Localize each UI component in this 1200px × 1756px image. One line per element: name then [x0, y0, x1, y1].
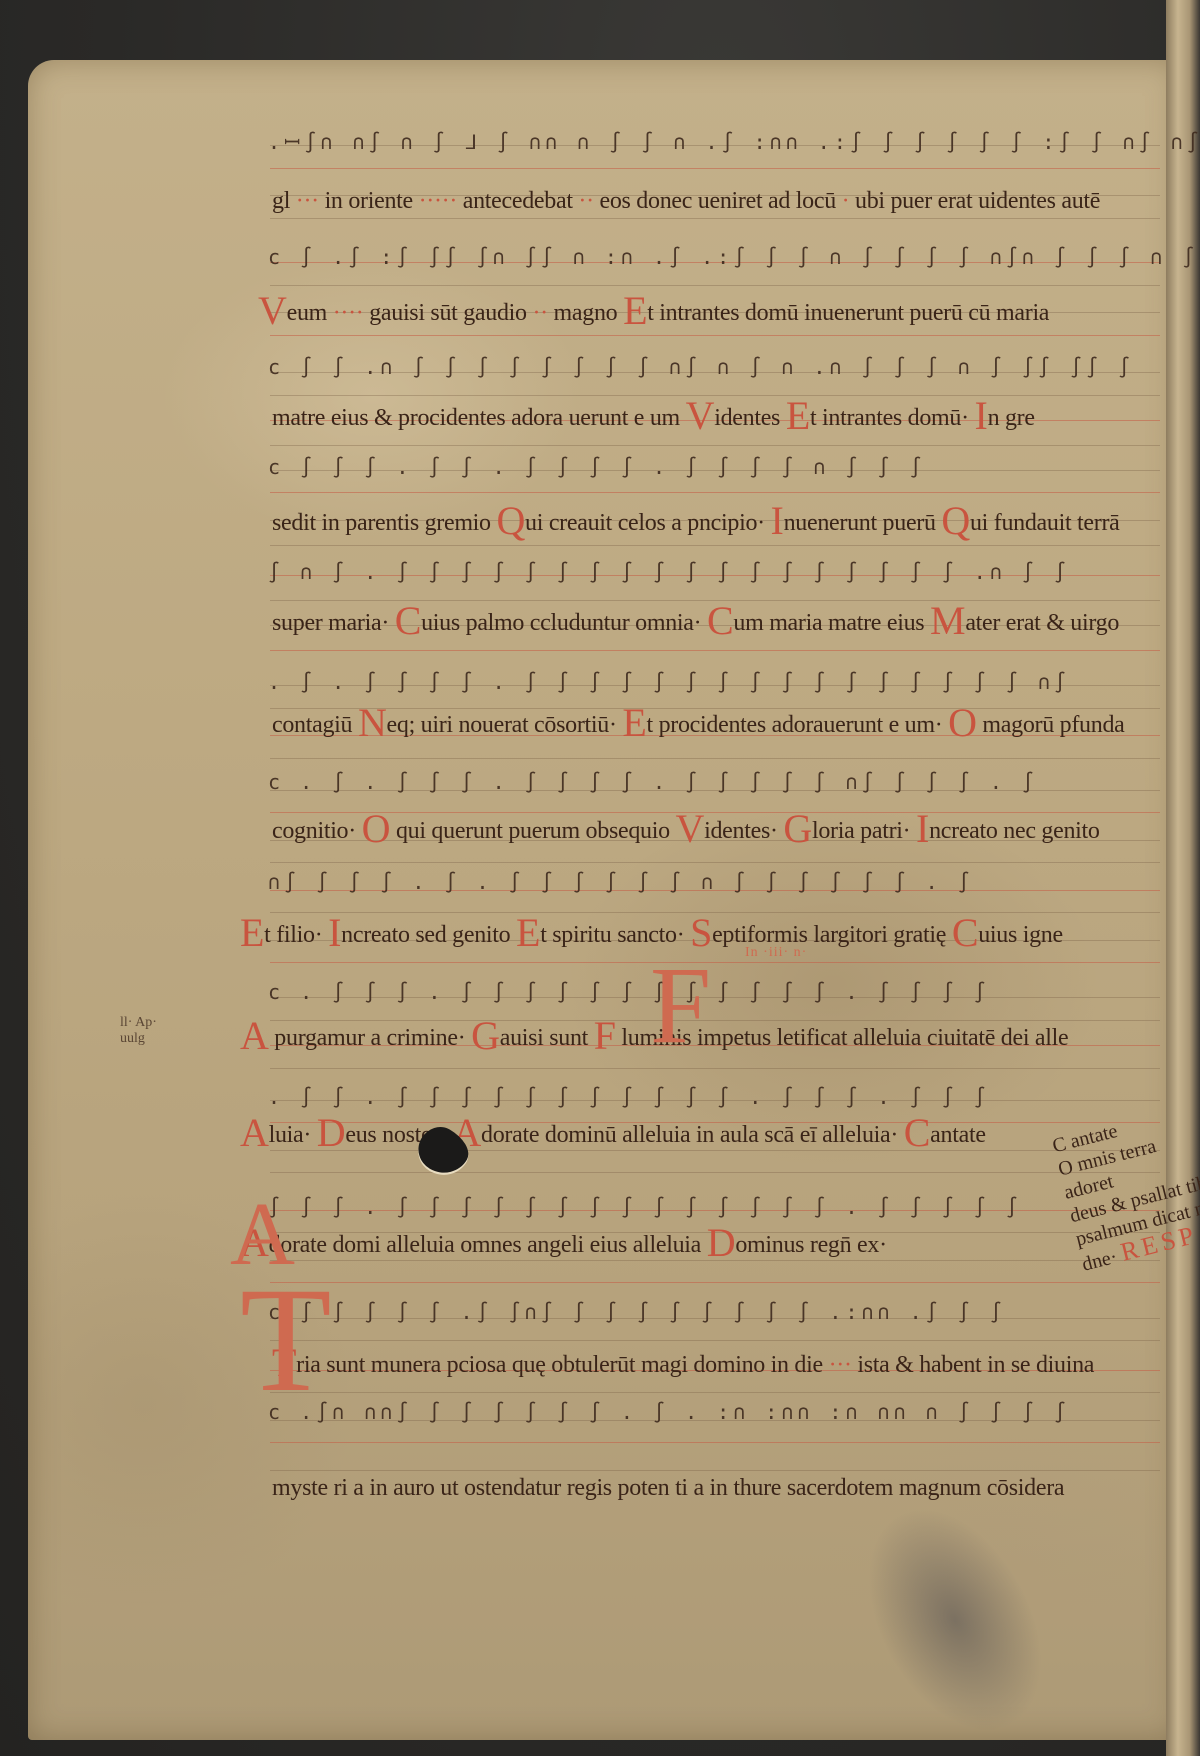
red-dots: · [836, 188, 855, 214]
lyric-text: gauisi sūt gaudio [369, 300, 527, 326]
neume-line: ∫ ∫ ∫ . ∫ ∫ ∫ ∫ ∫ ∫ ∫ ∫ ∫ ∫ ∫ ∫ ∫ ∫ . ∫ … [268, 1195, 1022, 1219]
ruling-line [270, 650, 1160, 651]
ruling-line [270, 335, 1160, 336]
neume-line: . ∫ . ∫ ∫ ∫ ∫ . ∫ ∫ ∫ ∫ ∫ ∫ ∫ ∫ ∫ ∫ ∫ ∫ … [268, 670, 1070, 694]
rubricated-initial: E [622, 700, 646, 745]
text-line: contagiū Neq; uiri nouerat cōsortiū· Et … [272, 712, 1125, 739]
ruling-line [270, 708, 1160, 709]
lyric-text: uius palmo ccluduntur omnia· [421, 610, 707, 636]
lyric-text: antecedebat [463, 188, 573, 214]
neume-line: c .∫∩ ∩∩∫ ∫ ∫ ∫ ∫ ∫ ∫ . ∫ . :∩ :∩∩ :∩ ∩∩… [268, 1400, 1070, 1424]
text-line: myste ri a in auro ut ostendatur regis p… [272, 1475, 1064, 1502]
ruling-line [270, 812, 1160, 813]
rubricated-initial: N [358, 700, 387, 745]
lyric-text: dorate domi alleluia omnes angeli eius a… [269, 1232, 707, 1258]
lyric-text: eum [287, 300, 327, 326]
neume-line: ∩∫ ∫ ∫ ∫ . ∫ . ∫ ∫ ∫ ∫ ∫ ∫ ∩ ∫ ∫ ∫ ∫ ∫ ∫… [268, 870, 974, 894]
rubricated-initial: E [786, 393, 810, 438]
lyric-text: loria patri· [812, 818, 916, 844]
rubricated-initial: O [948, 700, 977, 745]
red-dots: ·· [527, 300, 554, 326]
text-line: cognitio· O qui querunt puerum obsequio … [272, 818, 1100, 845]
lyric-text: ria sunt munera pciosa quę obtulerūt mag… [296, 1352, 828, 1378]
lyric-text: dorate dominū alleluia in aula scā eī al… [481, 1122, 904, 1148]
red-dots: ··· [829, 1352, 858, 1378]
lyric-text: identes [714, 405, 786, 431]
rubricated-initial: Q [496, 498, 525, 543]
lyric-text: auisi sunt [500, 1025, 594, 1051]
ruling-line [270, 1150, 1160, 1151]
lyric-text: cognitio· [272, 818, 362, 844]
rubricated-initial: E [240, 910, 264, 955]
neume-line: c ∫ ∫ ∫ ∫ ∫ .∫ ∫∩∫ ∫ ∫ ∫ ∫ ∫ ∫ ∫ ∫ .:∩∩ … [268, 1300, 1006, 1324]
lyric-text: ater erat & uirgo [965, 610, 1119, 636]
text-line: Adorate domi alleluia omnes angeli eius … [240, 1232, 887, 1259]
neume-line: c ∫ .∫ :∫ ∫∫ ∫∩ ∫∫ ∩ :∩ .∫ .:∫ ∫ ∫ ∩ ∫ ∫… [268, 245, 1200, 269]
lyric-text: ubi puer erat uidentes autē [855, 188, 1100, 214]
rubricated-initial: E [516, 910, 540, 955]
neume-line: c . ∫ ∫ ∫ . ∫ ∫ ∫ ∫ ∫ ∫ ∫ ∫ ∫ ∫ ∫ ∫ . ∫ … [268, 980, 990, 1004]
margin-note-line: uulg [120, 1031, 157, 1047]
lyric-text: magno [554, 300, 624, 326]
rubricated-initial: D [707, 1220, 736, 1265]
neume-line: ∫ ∩ ∫ . ∫ ∫ ∫ ∫ ∫ ∫ ∫ ∫ ∫ ∫ ∫ ∫ ∫ ∫ ∫ ∫ … [268, 560, 1070, 584]
lyric-text: myste ri a in auro ut ostendatur regis p… [272, 1475, 1064, 1501]
lyric-text: matre eius & procidentes adora uerunt e … [272, 405, 686, 431]
rubricated-initial: C [952, 910, 978, 955]
rubricated-initial: I [975, 393, 988, 438]
lyric-text: uius igne [978, 922, 1063, 948]
red-dots: ·· [573, 188, 600, 214]
rubricated-initial: F [594, 1013, 616, 1058]
ruling-line [270, 1340, 1160, 1341]
ruling-line [270, 218, 1160, 219]
lyric-text: t procidentes adorauerunt e um· [647, 712, 949, 738]
neume-line: .ꟷ∫∩ ∩∫ ∩ ∫ ᒧ ∫ ∩∩ ∩ ∫ ∫ ∩ .∫ :∩∩ .:∫ ∫ … [268, 128, 1200, 155]
rubricated-initial: I [328, 910, 341, 955]
small-rubric: In ·iii· n· [745, 945, 807, 961]
rubricated-initial: M [930, 598, 965, 643]
lyric-text: eos donec ueniret ad locū [600, 188, 836, 214]
rubricated-initial: E [623, 288, 647, 333]
ruling-line [270, 395, 1160, 396]
lyric-text: ui fundauit terrā [970, 510, 1120, 536]
rubricated-initial: C [707, 598, 733, 643]
ruling-line [270, 168, 1160, 169]
lyric-text: t intrantes domū inuenerunt puerū cū mar… [647, 300, 1049, 326]
rubricated-initial: G [783, 806, 812, 851]
text-line: Veum ···· gauisi sūt gaudio ·· magno Et … [258, 300, 1049, 327]
rubricated-initial: V [676, 806, 705, 851]
lyric-text: super maria· [272, 610, 395, 636]
rubricated-initial: D [317, 1110, 346, 1155]
text-line: super maria· Cuius palmo ccluduntur omni… [272, 610, 1119, 637]
red-dots: ···· [327, 300, 369, 326]
margin-note-line: ll· Ap· [120, 1015, 157, 1031]
ruling-line [270, 962, 1160, 963]
lyric-text: antate [930, 1122, 986, 1148]
rubricated-initial: A [240, 1110, 269, 1155]
ruling-line [270, 1020, 1160, 1021]
red-dots: ····· [413, 188, 463, 214]
rubricated-initial: O [362, 806, 391, 851]
lyric-text: magorū pfunda [977, 712, 1125, 738]
text-line: matre eius & procidentes adora uerunt e … [272, 405, 1035, 432]
neume-line: . ∫ ∫ . ∫ ∫ ∫ ∫ ∫ ∫ ∫ ∫ ∫ ∫ ∫ . ∫ ∫ ∫ . … [268, 1085, 990, 1109]
lyric-text: ncreato nec genito [929, 818, 1100, 844]
lyric-text: contagiū [272, 712, 358, 738]
rubricated-initial: I [771, 498, 784, 543]
lyric-text: ista & habent in se diuina [857, 1352, 1094, 1378]
margin-note: ll· Ap· uulg [120, 1015, 157, 1047]
ruling-line [270, 492, 1160, 493]
lyric-text: ominus regn̄ ex· [735, 1232, 886, 1258]
lyric-text: t intrantes domū· [810, 405, 975, 431]
rubricated-initial: A [240, 1013, 269, 1058]
ruling-line [270, 758, 1160, 759]
neume-line: c . ∫ . ∫ ∫ ∫ . ∫ ∫ ∫ ∫ . ∫ ∫ ∫ ∫ ∫ ∩∫ ∫… [268, 770, 1038, 794]
ruling-line [270, 445, 1160, 446]
lyric-text: um maria matre eius [733, 610, 930, 636]
ruling-line [270, 1068, 1160, 1069]
ruling-line [270, 1392, 1160, 1393]
text-line: sedit in parentis gremio Qui creauit cel… [272, 510, 1120, 537]
initial-F: F [650, 955, 711, 1055]
text-line: Aluia· Deus noster· Adorate dominū allel… [240, 1122, 986, 1149]
lyric-text: identes· [704, 818, 783, 844]
rubricated-initial: Q [941, 498, 970, 543]
ruling-line [270, 285, 1160, 286]
text-line: Tria sunt munera pciosa quę obtulerūt ma… [272, 1352, 1094, 1379]
initial-T: T [240, 1270, 332, 1410]
lyric-text: ui creauit celos a pncipio· [525, 510, 771, 536]
lyric-text: purgamur a crimine· [269, 1025, 472, 1051]
lyric-text: luia· [269, 1122, 317, 1148]
ruling-line [270, 1442, 1160, 1443]
rubricated-initial: V [686, 393, 715, 438]
rubricated-initial: C [395, 598, 421, 643]
lyric-text: gl [272, 188, 290, 214]
neume-line: c ∫ ∫ ∫ . ∫ ∫ . ∫ ∫ ∫ ∫ . ∫ ∫ ∫ ∫ ∩ ∫ ∫ … [268, 455, 926, 479]
rubricated-initial: V [258, 288, 287, 333]
ruling-line [270, 1470, 1160, 1471]
ruling-line [270, 912, 1160, 913]
rubricated-initial: G [471, 1013, 500, 1058]
neume-line: c ∫ ∫ .∩ ∫ ∫ ∫ ∫ ∫ ∫ ∫ ∫ ∩∫ ∩ ∫ ∩ .∩ ∫ ∫… [268, 355, 1134, 379]
lyric-text: in oriente [325, 188, 413, 214]
lyric-text: qui querunt puerum obsequio [390, 818, 675, 844]
text-line: gl ··· in oriente ····· antecedebat ·· e… [272, 188, 1100, 215]
lyric-text: eq; uiri nouerat cōsortiū· [387, 712, 623, 738]
red-dots: ··· [290, 188, 324, 214]
rubricated-initial: C [904, 1110, 930, 1155]
lyric-text: nuenerunt puerū [784, 510, 942, 536]
lyric-text: t filio· [264, 922, 328, 948]
lyric-text: n gre [988, 405, 1035, 431]
ruling-line [270, 545, 1160, 546]
lyric-text: sedit in parentis gremio [272, 510, 496, 536]
rubricated-initial: I [916, 806, 929, 851]
lyric-text: ncreato sed genito [341, 922, 516, 948]
ruling-line [270, 862, 1160, 863]
ruling-line [270, 1172, 1160, 1173]
ruling-line [270, 1282, 1160, 1283]
